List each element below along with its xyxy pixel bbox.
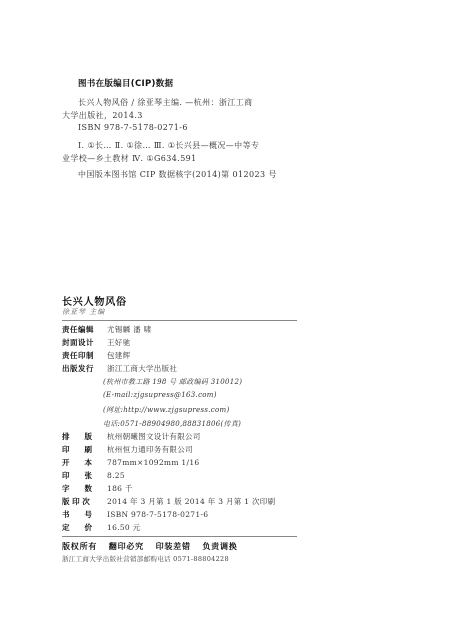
- spec-label: 版 印 次: [62, 496, 107, 508]
- spec-label: 印 张: [62, 470, 107, 482]
- credit-label: 封面设计: [62, 337, 107, 349]
- cip-line-5: 业学校—乡土教材 Ⅳ. ①G634.591: [62, 153, 197, 164]
- spec-row: 字 数186 千: [62, 483, 133, 495]
- spec-label: 书 号: [62, 509, 107, 521]
- spec-row: 排 版杭州朝曦图文设计有限公司: [62, 431, 201, 443]
- cip-line-1: 长兴人物风俗 / 徐亚琴主编. —杭州：浙江工商: [78, 97, 252, 108]
- spec-row: 版 印 次2014 年 3 月第 1 版 2014 年 3 月第 1 次印刷: [62, 496, 275, 508]
- cip-heading: 图书在版编目(CIP)数据: [78, 77, 173, 89]
- credit-value: 王好驰: [107, 337, 130, 349]
- cip-line-4: Ⅰ. ①长… Ⅱ. ①徐… Ⅲ. ①长兴县—概况—中等专: [78, 140, 259, 151]
- credit-label: 出版发行: [62, 363, 107, 375]
- spec-value: 787mm×1092mm 1/16: [107, 457, 199, 469]
- spec-value: 186 千: [107, 483, 133, 495]
- spec-label: 开 本: [62, 457, 107, 469]
- credit-value: 尤锡麟 潘 啸: [107, 324, 151, 336]
- credit-row: 出版发行浙江工商大学出版社: [62, 363, 177, 375]
- cip-line-6: 中国版本图书馆 CIP 数据核字(2014)第 012023 号: [78, 169, 277, 180]
- spec-value: 16.50 元: [107, 522, 140, 534]
- spec-value: 8.25: [107, 470, 125, 482]
- spec-row: 书 号ISBN 978-7-5178-0271-6: [62, 509, 208, 521]
- copyright-notice: 版权所有 翻印必究 印装差错 负责调换: [62, 541, 238, 552]
- spec-row: 开 本787mm×1092mm 1/16: [62, 457, 199, 469]
- credit-value: 浙江工商大学出版社: [107, 363, 177, 375]
- spec-label: 定 价: [62, 522, 107, 534]
- spec-label: 排 版: [62, 431, 107, 443]
- spec-value: 2014 年 3 月第 1 版 2014 年 3 月第 1 次印刷: [107, 496, 275, 508]
- credit-row: 封面设计王好驰: [62, 337, 130, 349]
- spec-label: 字 数: [62, 483, 107, 495]
- spec-value: 杭州恒力通印务有限公司: [107, 444, 193, 456]
- book-title: 长兴人物风俗: [62, 293, 127, 308]
- spec-label: 印 刷: [62, 444, 107, 456]
- credit-label: 责任编辑: [62, 324, 107, 336]
- publisher-address: (杭州市教工路 198 号 邮政编码 310012): [103, 377, 242, 387]
- divider-top: [62, 320, 297, 321]
- mail-order-contact: 浙江工商大学出版社营销部邮购电话 0571-88804228: [62, 554, 229, 563]
- spec-row: 定 价16.50 元: [62, 522, 140, 534]
- spec-row: 印 刷杭州恒力通印务有限公司: [62, 444, 193, 456]
- publisher-email: (E-mail:zjgsupress@163.com): [103, 391, 217, 399]
- cip-line-3: ISBN 978-7-5178-0271-6: [78, 123, 188, 132]
- publisher-website: (网址:http://www.zjgsupress.com): [103, 405, 229, 415]
- spec-value: 杭州朝曦图文设计有限公司: [107, 431, 201, 443]
- credit-value: 包建辉: [107, 350, 130, 362]
- spec-row: 印 张8.25: [62, 470, 125, 482]
- divider-bottom: [62, 536, 297, 537]
- book-editor: 徐亚琴 主编: [62, 307, 105, 317]
- credit-row: 责任编辑尤锡麟 潘 啸: [62, 324, 151, 336]
- publisher-phone: 电话:0571-88904980,88831806(传真): [103, 419, 241, 429]
- credit-label: 责任印制: [62, 350, 107, 362]
- credit-row: 责任印制包建辉: [62, 350, 130, 362]
- cip-line-2: 大学出版社，2014.3: [62, 110, 143, 121]
- spec-value: ISBN 978-7-5178-0271-6: [107, 509, 208, 521]
